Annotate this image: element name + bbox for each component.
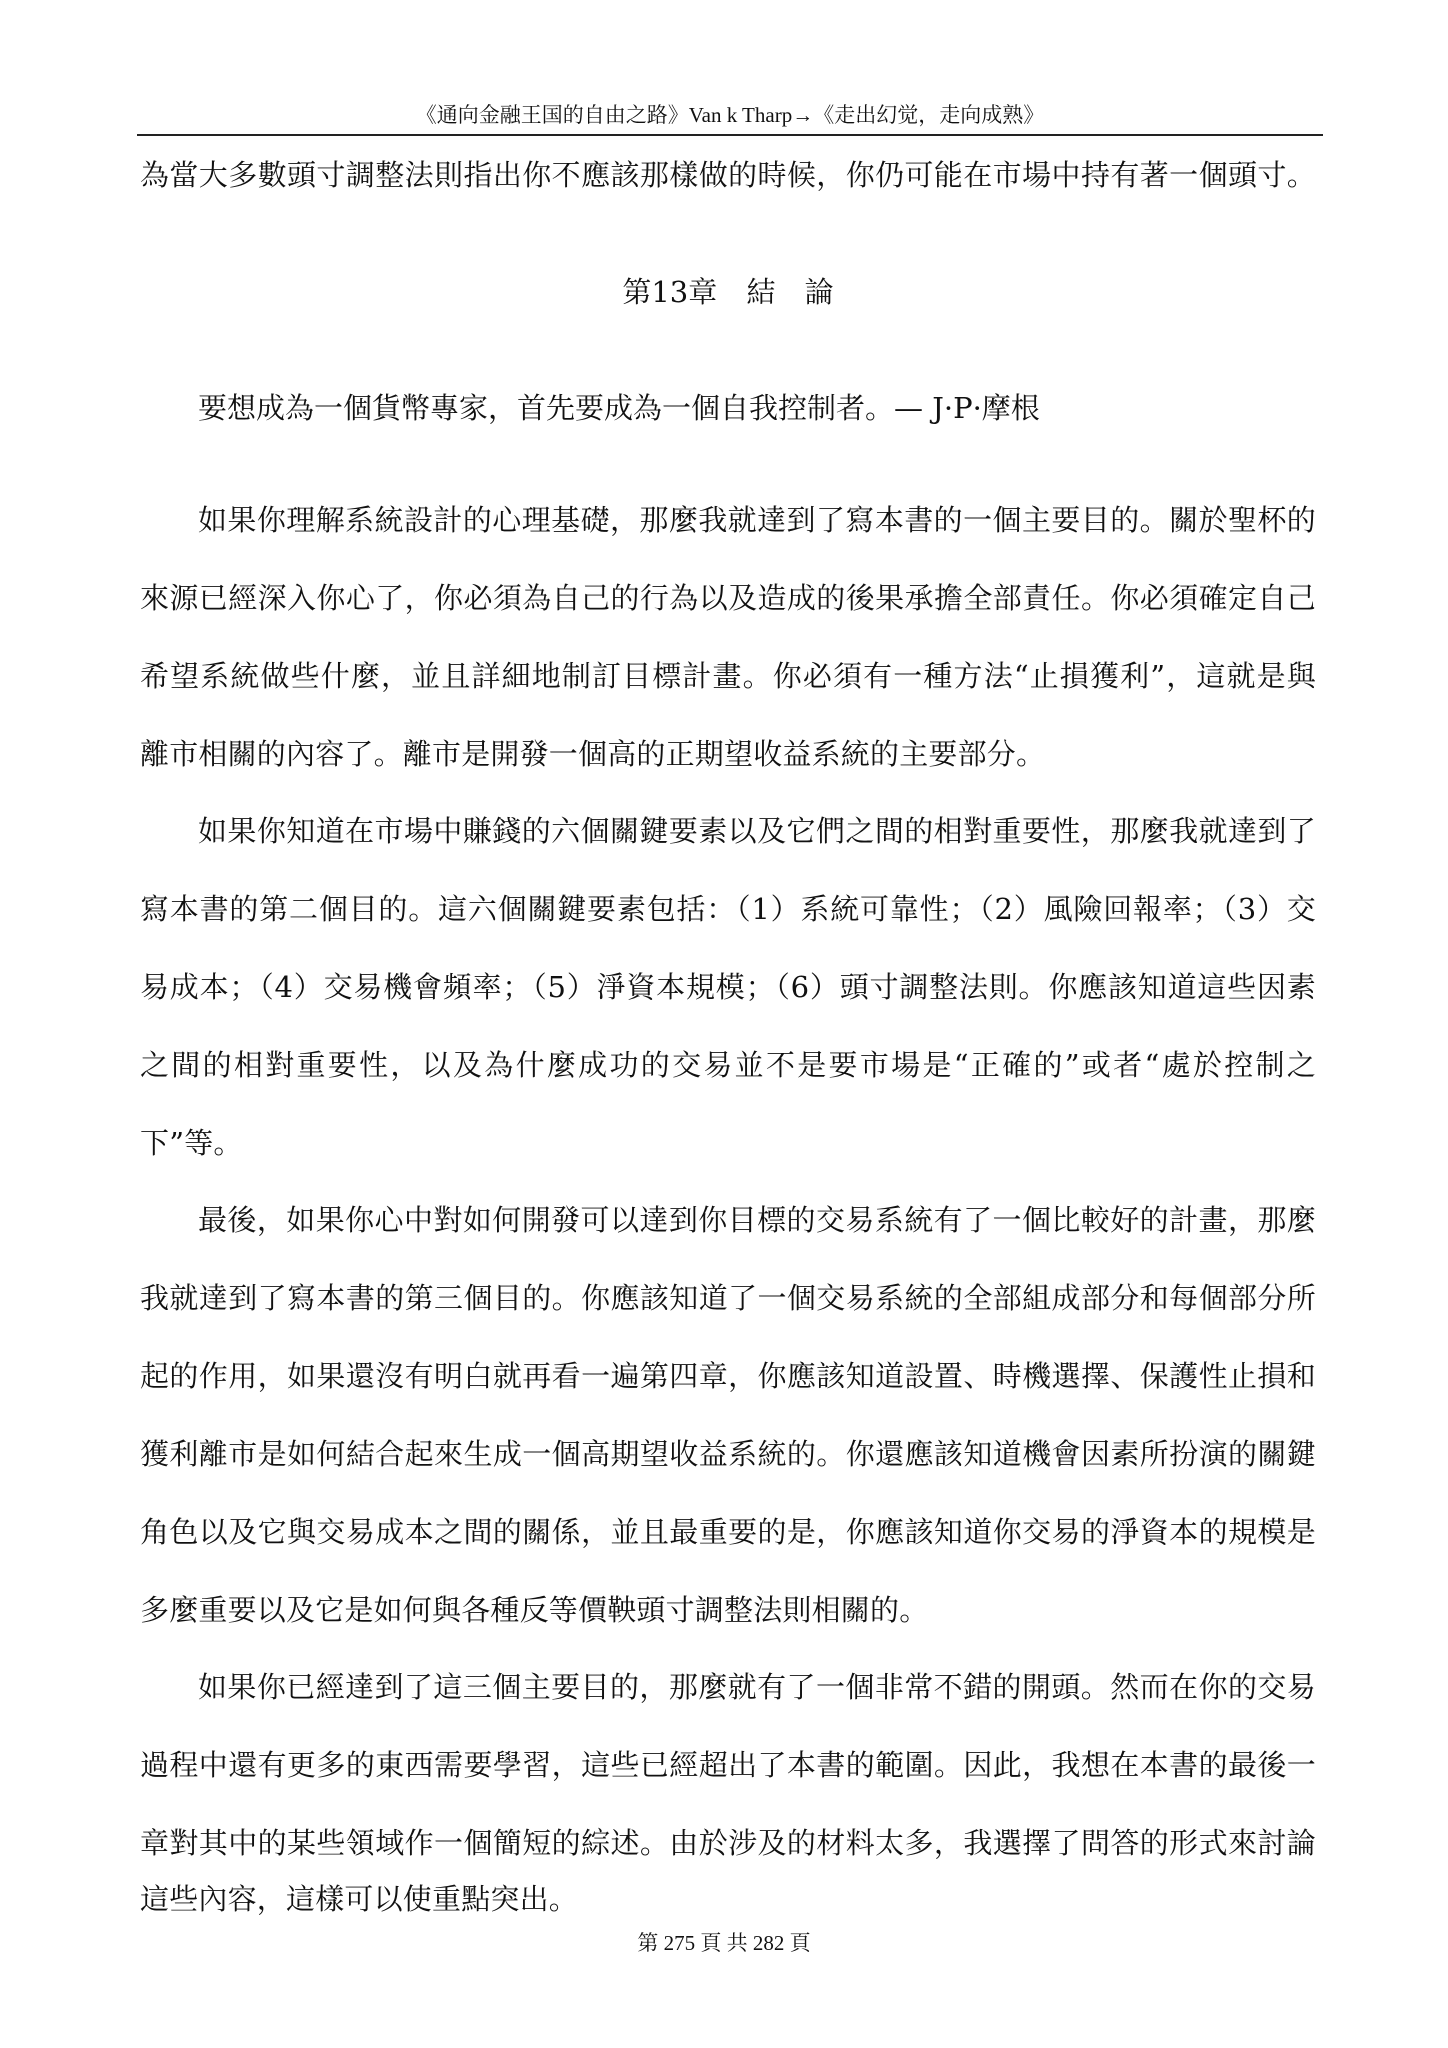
- paragraph-line: 離市相關的內容了。離市是開發一個高的正期望收益系統的主要部分。: [140, 734, 1316, 774]
- paragraph-line: 來源已經深入你心了，你必須為自己的行為以及造成的後果承擔全部責任。你必須確定自己: [140, 578, 1316, 618]
- paragraph-line: 如果你理解系統設計的心理基礎，那麼我就達到了寫本書的一個主要目的。關於聖杯的: [140, 500, 1316, 540]
- paragraph-line: 多麼重要以及它是如何與各種反等價鞅頭寸調整法則相關的。: [140, 1590, 1316, 1630]
- carryover-line: 為當大多數頭寸調整法則指出你不應該那樣做的時候，你仍可能在市場中持有著一個頭寸。: [140, 155, 1316, 195]
- paragraph-line: 最後，如果你心中對如何開發可以達到你目標的交易系統有了一個比較好的計畫，那麼: [140, 1200, 1316, 1240]
- paragraph-line: 下”等。: [140, 1123, 1316, 1163]
- paragraph-line: 獲利離市是如何結合起來生成一個高期望收益系統的。你還應該知道機會因素所扮演的關鍵: [140, 1434, 1316, 1474]
- chapter-title-char: 結: [746, 275, 775, 309]
- chapter-title-char: 論: [805, 275, 834, 309]
- paragraph-line: 寫本書的第二個目的。這六個關鍵要素包括：（1）系統可靠性；（2）風險回報率；（3…: [140, 889, 1316, 929]
- paragraph-line: 角色以及它與交易成本之間的關係，並且最重要的是，你應該知道你交易的淨資本的規模是: [140, 1512, 1316, 1552]
- paragraph-line: 易成本；（4）交易機會頻率；（5）淨資本規模；（6）頭寸調整法則。你應該知道這些…: [140, 967, 1316, 1007]
- paragraph-line: 我就達到了寫本書的第三個目的。你應該知道了一個交易系統的全部組成部分和每個部分所: [140, 1278, 1316, 1318]
- epigraph-quote: 要想成為一個貨幣專家，首先要成為一個自我控制者。— J·P·摩根: [198, 388, 1040, 428]
- page-number-footer: 第 275 頁 共 282 頁: [0, 1928, 1448, 1958]
- header-divider: [137, 134, 1323, 136]
- paragraph-line: 希望系統做些什麼，並且詳細地制訂目標計畫。你必須有一種方法“止損獲利”，這就是與: [140, 656, 1316, 696]
- paragraph-line: 章對其中的某些領域作一個簡短的綜述。由於涉及的材料太多，我選擇了問答的形式來討論: [140, 1823, 1316, 1863]
- paragraph-line: 如果你已經達到了這三個主要目的，那麼就有了一個非常不錯的開頭。然而在你的交易: [140, 1667, 1316, 1707]
- chapter-number: 第13章: [622, 275, 717, 309]
- paragraph-line: 這些內容，這樣可以使重點突出。: [140, 1879, 1316, 1919]
- paragraph-line: 起的作用，如果還沒有明白就再看一遍第四章，你應該知道設置、時機選擇、保護性止損和: [140, 1356, 1316, 1396]
- paragraph-line: 如果你知道在市場中賺錢的六個關鍵要素以及它們之間的相對重要性，那麼我就達到了: [140, 811, 1316, 851]
- paragraph-line: 過程中還有更多的東西需要學習，這些已經超出了本書的範圍。因此，我想在本書的最後一: [140, 1745, 1316, 1785]
- running-header: 《通向金融王国的自由之路》Van k Tharp→《走出幻觉，走向成熟》: [137, 100, 1323, 130]
- chapter-heading: 第13章 結 論: [140, 272, 1316, 312]
- paragraph-line: 之間的相對重要性，以及為什麼成功的交易並不是要市場是“正確的”或者“處於控制之: [140, 1045, 1316, 1085]
